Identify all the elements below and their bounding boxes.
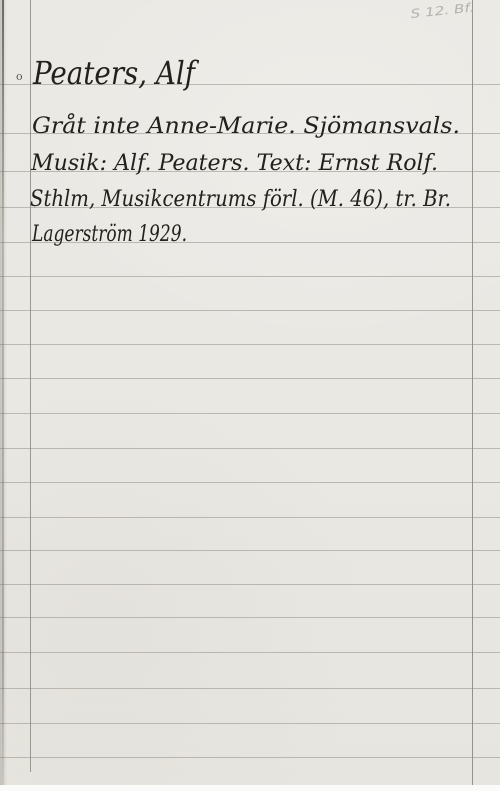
index-card-paper: S 12. Bf. o Peaters, Alf Gråt inte Anne-… [0, 0, 500, 785]
margin-circle-mark: o [16, 70, 23, 83]
pencil-shelfmark: S 12. Bf. [410, 0, 475, 21]
entry-line-publisher: Sthlm, Musikcentrums förl. (M. 46), tr. … [30, 187, 451, 212]
entry-line-year: Lagerström 1929. [31, 222, 187, 247]
entry-line-title: Gråt inte Anne-Marie. Sjömansvals. [32, 112, 460, 139]
scanned-catalog-card: S 12. Bf. o Peaters, Alf Gråt inte Anne-… [0, 0, 500, 791]
entry-line-credits: Musik: Alf. Peaters. Text: Ernst Rolf. [30, 151, 438, 176]
card-heading: Peaters, Alf [32, 54, 199, 92]
handwriting-layer: S 12. Bf. o Peaters, Alf Gråt inte Anne-… [0, 0, 500, 791]
